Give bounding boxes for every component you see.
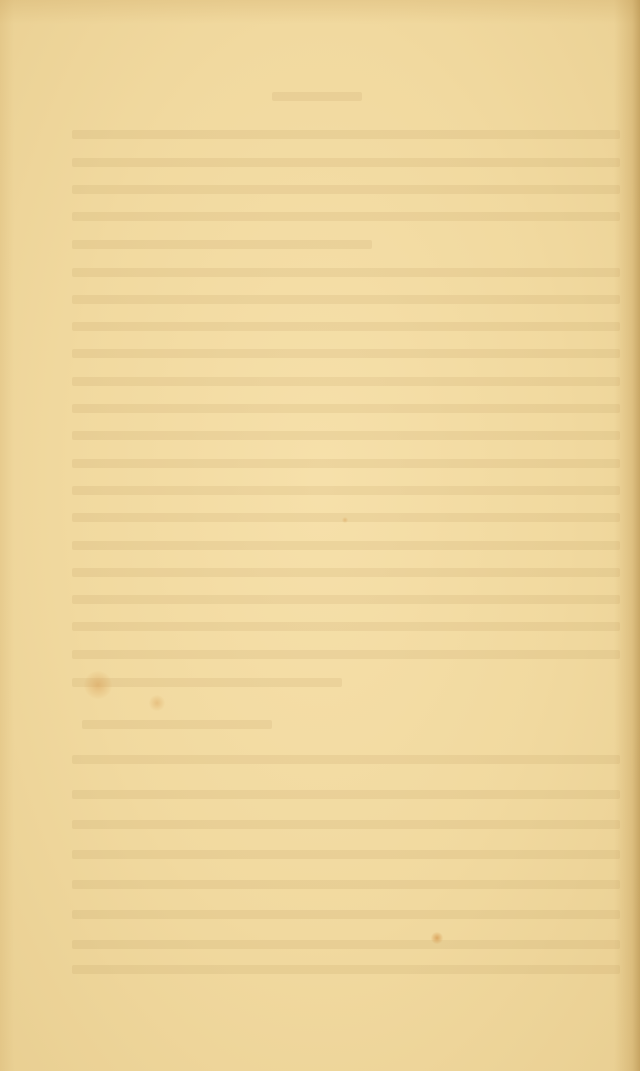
show-through-line	[72, 185, 620, 194]
show-through-line	[82, 720, 272, 729]
show-through-line	[272, 92, 362, 101]
show-through-line	[72, 850, 620, 859]
show-through-line	[72, 568, 620, 577]
show-through-line	[72, 130, 620, 139]
show-through-line	[72, 910, 620, 919]
stain-spot	[342, 517, 348, 523]
stain-spot	[84, 671, 112, 699]
show-through-line	[72, 595, 620, 604]
show-through-line	[72, 322, 620, 331]
show-through-line	[72, 431, 620, 440]
show-through-line	[72, 459, 620, 468]
show-through-line	[72, 158, 620, 167]
show-through-line	[72, 755, 620, 764]
show-through-line	[72, 541, 620, 550]
page-left-edge-shade	[0, 0, 14, 1071]
show-through-line	[72, 404, 620, 413]
show-through-line	[72, 349, 620, 358]
stain-spot	[149, 695, 165, 711]
book-page	[0, 0, 640, 1071]
show-through-line	[72, 295, 620, 304]
show-through-line	[72, 268, 620, 277]
page-top-edge-shade	[0, 0, 640, 24]
show-through-line	[72, 678, 342, 687]
show-through-line	[72, 377, 620, 386]
show-through-line	[72, 820, 620, 829]
show-through-line	[72, 240, 372, 249]
show-through-line	[72, 790, 620, 799]
show-through-line	[72, 622, 620, 631]
show-through-line	[72, 880, 620, 889]
show-through-line	[72, 486, 620, 495]
show-through-line	[72, 650, 620, 659]
show-through-line	[72, 212, 620, 221]
stain-spot	[431, 932, 443, 944]
show-through-line	[72, 940, 620, 949]
show-through-line	[72, 965, 620, 974]
